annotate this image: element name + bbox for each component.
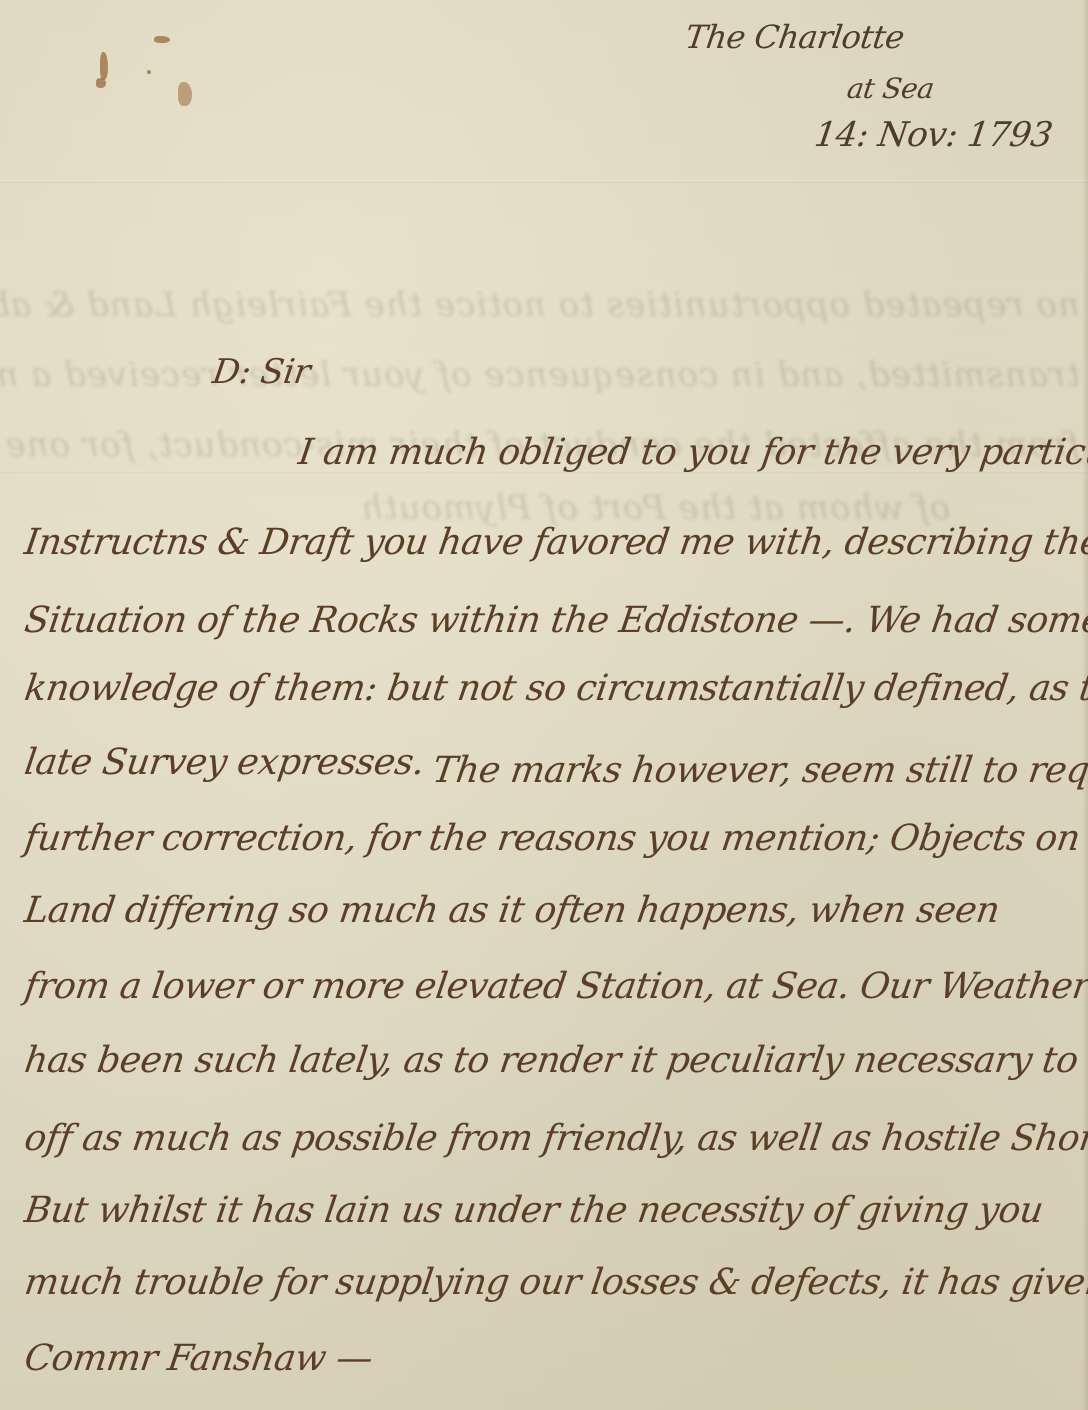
bleed-through-text: no repeated opportunities to notice the …	[40, 285, 1080, 325]
letter-line: But whilst it has lain us under the nece…	[22, 1190, 1046, 1231]
letter-line: from a lower or more elevated Station, a…	[22, 966, 1088, 1007]
ship-name: The Charlotte	[683, 18, 907, 56]
letter-line: Land differing so much as it often happe…	[22, 890, 1002, 931]
letter-line: Situation of the Rocks within the Eddist…	[22, 600, 1088, 641]
location: at Sea	[845, 72, 936, 105]
letter-line: late Survey expresses.	[22, 742, 427, 783]
letter-line: Instructns & Draft you have favored me w…	[22, 522, 1088, 563]
letter-line: I am much obliged to you for the very pa…	[296, 432, 1088, 473]
letter-page: no repeated opportunities to notice the …	[0, 0, 1088, 1410]
letter-line: has been such lately, as to render it pe…	[22, 1040, 1088, 1081]
ink-stain	[154, 36, 170, 43]
letter-date: 14: Nov: 1793	[812, 115, 1055, 155]
ink-stain	[178, 82, 192, 106]
ink-stain	[100, 52, 108, 80]
letter-line: further correction, for the reasons you …	[22, 818, 1088, 859]
letter-line: Commr Fanshaw —	[22, 1338, 375, 1379]
letter-line: off as much as possible from friendly, a…	[22, 1118, 1088, 1159]
letter-line: much trouble for supplying our losses & …	[22, 1262, 1088, 1303]
salutation: D: Sir	[210, 352, 313, 392]
paper-fold	[0, 180, 1088, 183]
ink-stain	[147, 70, 151, 74]
ink-stain	[96, 78, 106, 88]
letter-line: knowledge of them: but not so circumstan…	[22, 668, 1088, 709]
bleed-through-text: transmitted, and in consequence of your …	[40, 355, 1080, 395]
letter-line: The marks however, seem still to require	[430, 750, 1088, 791]
